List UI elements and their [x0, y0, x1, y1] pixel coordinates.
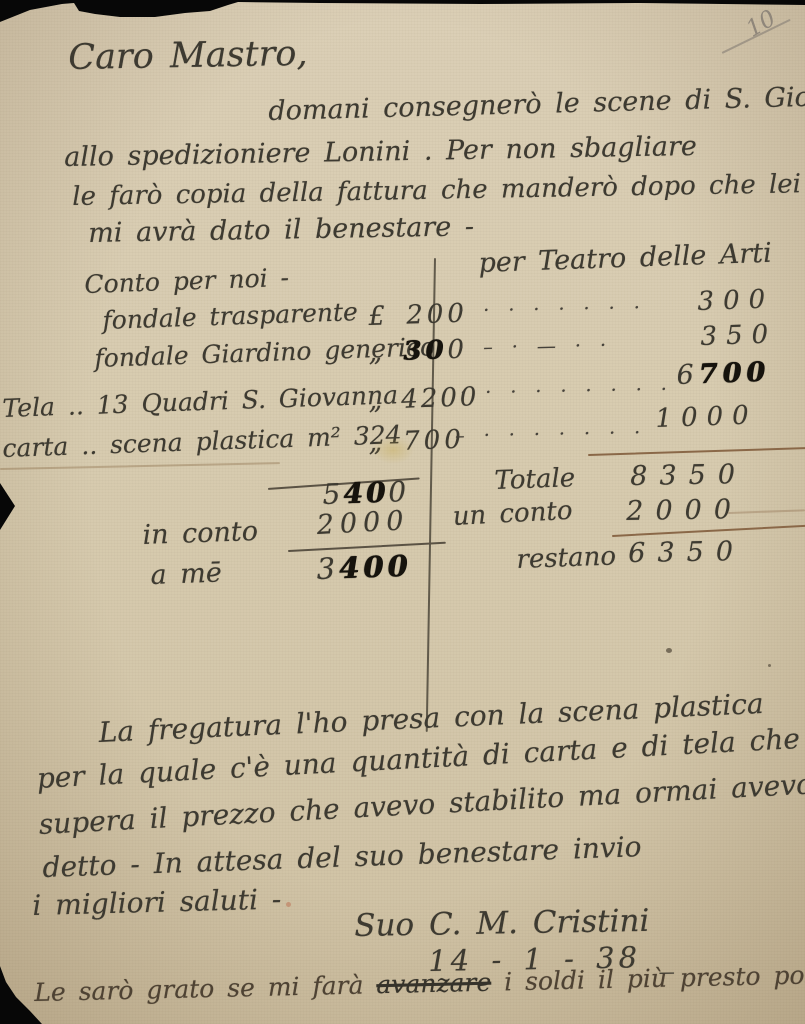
- closing-line-5: i migliori saluti -: [32, 882, 282, 922]
- closing-line-4: detto - In attesa del suo benestare invi…: [42, 830, 642, 884]
- a-me-value: 3400: [316, 549, 412, 586]
- page-number: 10: [742, 5, 780, 42]
- ink-speck: [666, 648, 672, 653]
- body-line-4: mi avrà dato il benestare -: [88, 211, 474, 249]
- currency-sign: £: [368, 301, 390, 332]
- salutation: Caro Mastro,: [68, 34, 308, 78]
- restano-label: restano: [516, 542, 617, 575]
- body-line-3: le farò copia della fattura che manderò …: [72, 169, 801, 212]
- totale-label: Totale: [494, 463, 576, 496]
- right-account-header: per Teatro delle Arti: [478, 238, 772, 279]
- dotted-leader: · – · — · ·: [458, 334, 610, 359]
- right-row-value: 350: [700, 319, 778, 352]
- red-speck: [286, 902, 291, 907]
- left-row-value: £ 200: [368, 299, 468, 332]
- letter-scan: 10 Caro Mastro, domani consegnerò le sce…: [0, 0, 805, 1024]
- totale-value: 8350: [630, 459, 747, 492]
- postscript-line: Le sarò grato se mi farà avanzare i sold…: [34, 959, 805, 1007]
- crease-left: [0, 462, 280, 470]
- left-row-label: Tela .. 13 Quadri S. Giovanna: [2, 380, 398, 423]
- left-row-value: „ 300: [368, 335, 468, 368]
- a-me-label: a mē: [150, 558, 222, 591]
- right-subtotal-rule: [588, 447, 805, 456]
- dotted-leader: · · · · · · · · ·: [460, 378, 671, 404]
- crossed-out-word: avanzare: [376, 968, 491, 1000]
- dotted-leader: – · · · · · · ·: [455, 422, 644, 447]
- ink-speck: [768, 664, 771, 667]
- postscript-text-a: Le sarò grato se mi farà: [34, 971, 364, 1007]
- signature: Suo C. M. Cristini: [354, 903, 650, 944]
- in-conto-value: 2000: [316, 505, 410, 541]
- left-row-label: carta .. scena plastica m² 324: [2, 420, 402, 463]
- left-account-header: Conto per noi -: [84, 263, 289, 299]
- in-conto-label: in conto: [142, 516, 258, 551]
- right-row-value: 1000: [655, 400, 758, 434]
- acconto-value: 2000: [626, 494, 743, 527]
- ditto-sign: „: [368, 385, 386, 416]
- restano-value: 6350: [628, 536, 745, 569]
- paper-stain: [372, 436, 414, 464]
- right-row-value: 300: [697, 284, 775, 317]
- ditto-sign: „: [368, 337, 387, 368]
- right-row-value: 6700: [676, 357, 771, 391]
- left-row-label: fondale trasparente: [102, 297, 358, 335]
- dotted-leader: · · · · · · · ·: [458, 297, 644, 322]
- body-line-2: allo spedizioniere Lonini . Per non sbag…: [64, 131, 697, 173]
- body-line-1: domani consegnerò le scene di S. Giovann…: [268, 80, 805, 127]
- acconto-label: un conto: [452, 496, 573, 532]
- paper-sheet: 10 Caro Mastro, domani consegnerò le sce…: [0, 0, 805, 1024]
